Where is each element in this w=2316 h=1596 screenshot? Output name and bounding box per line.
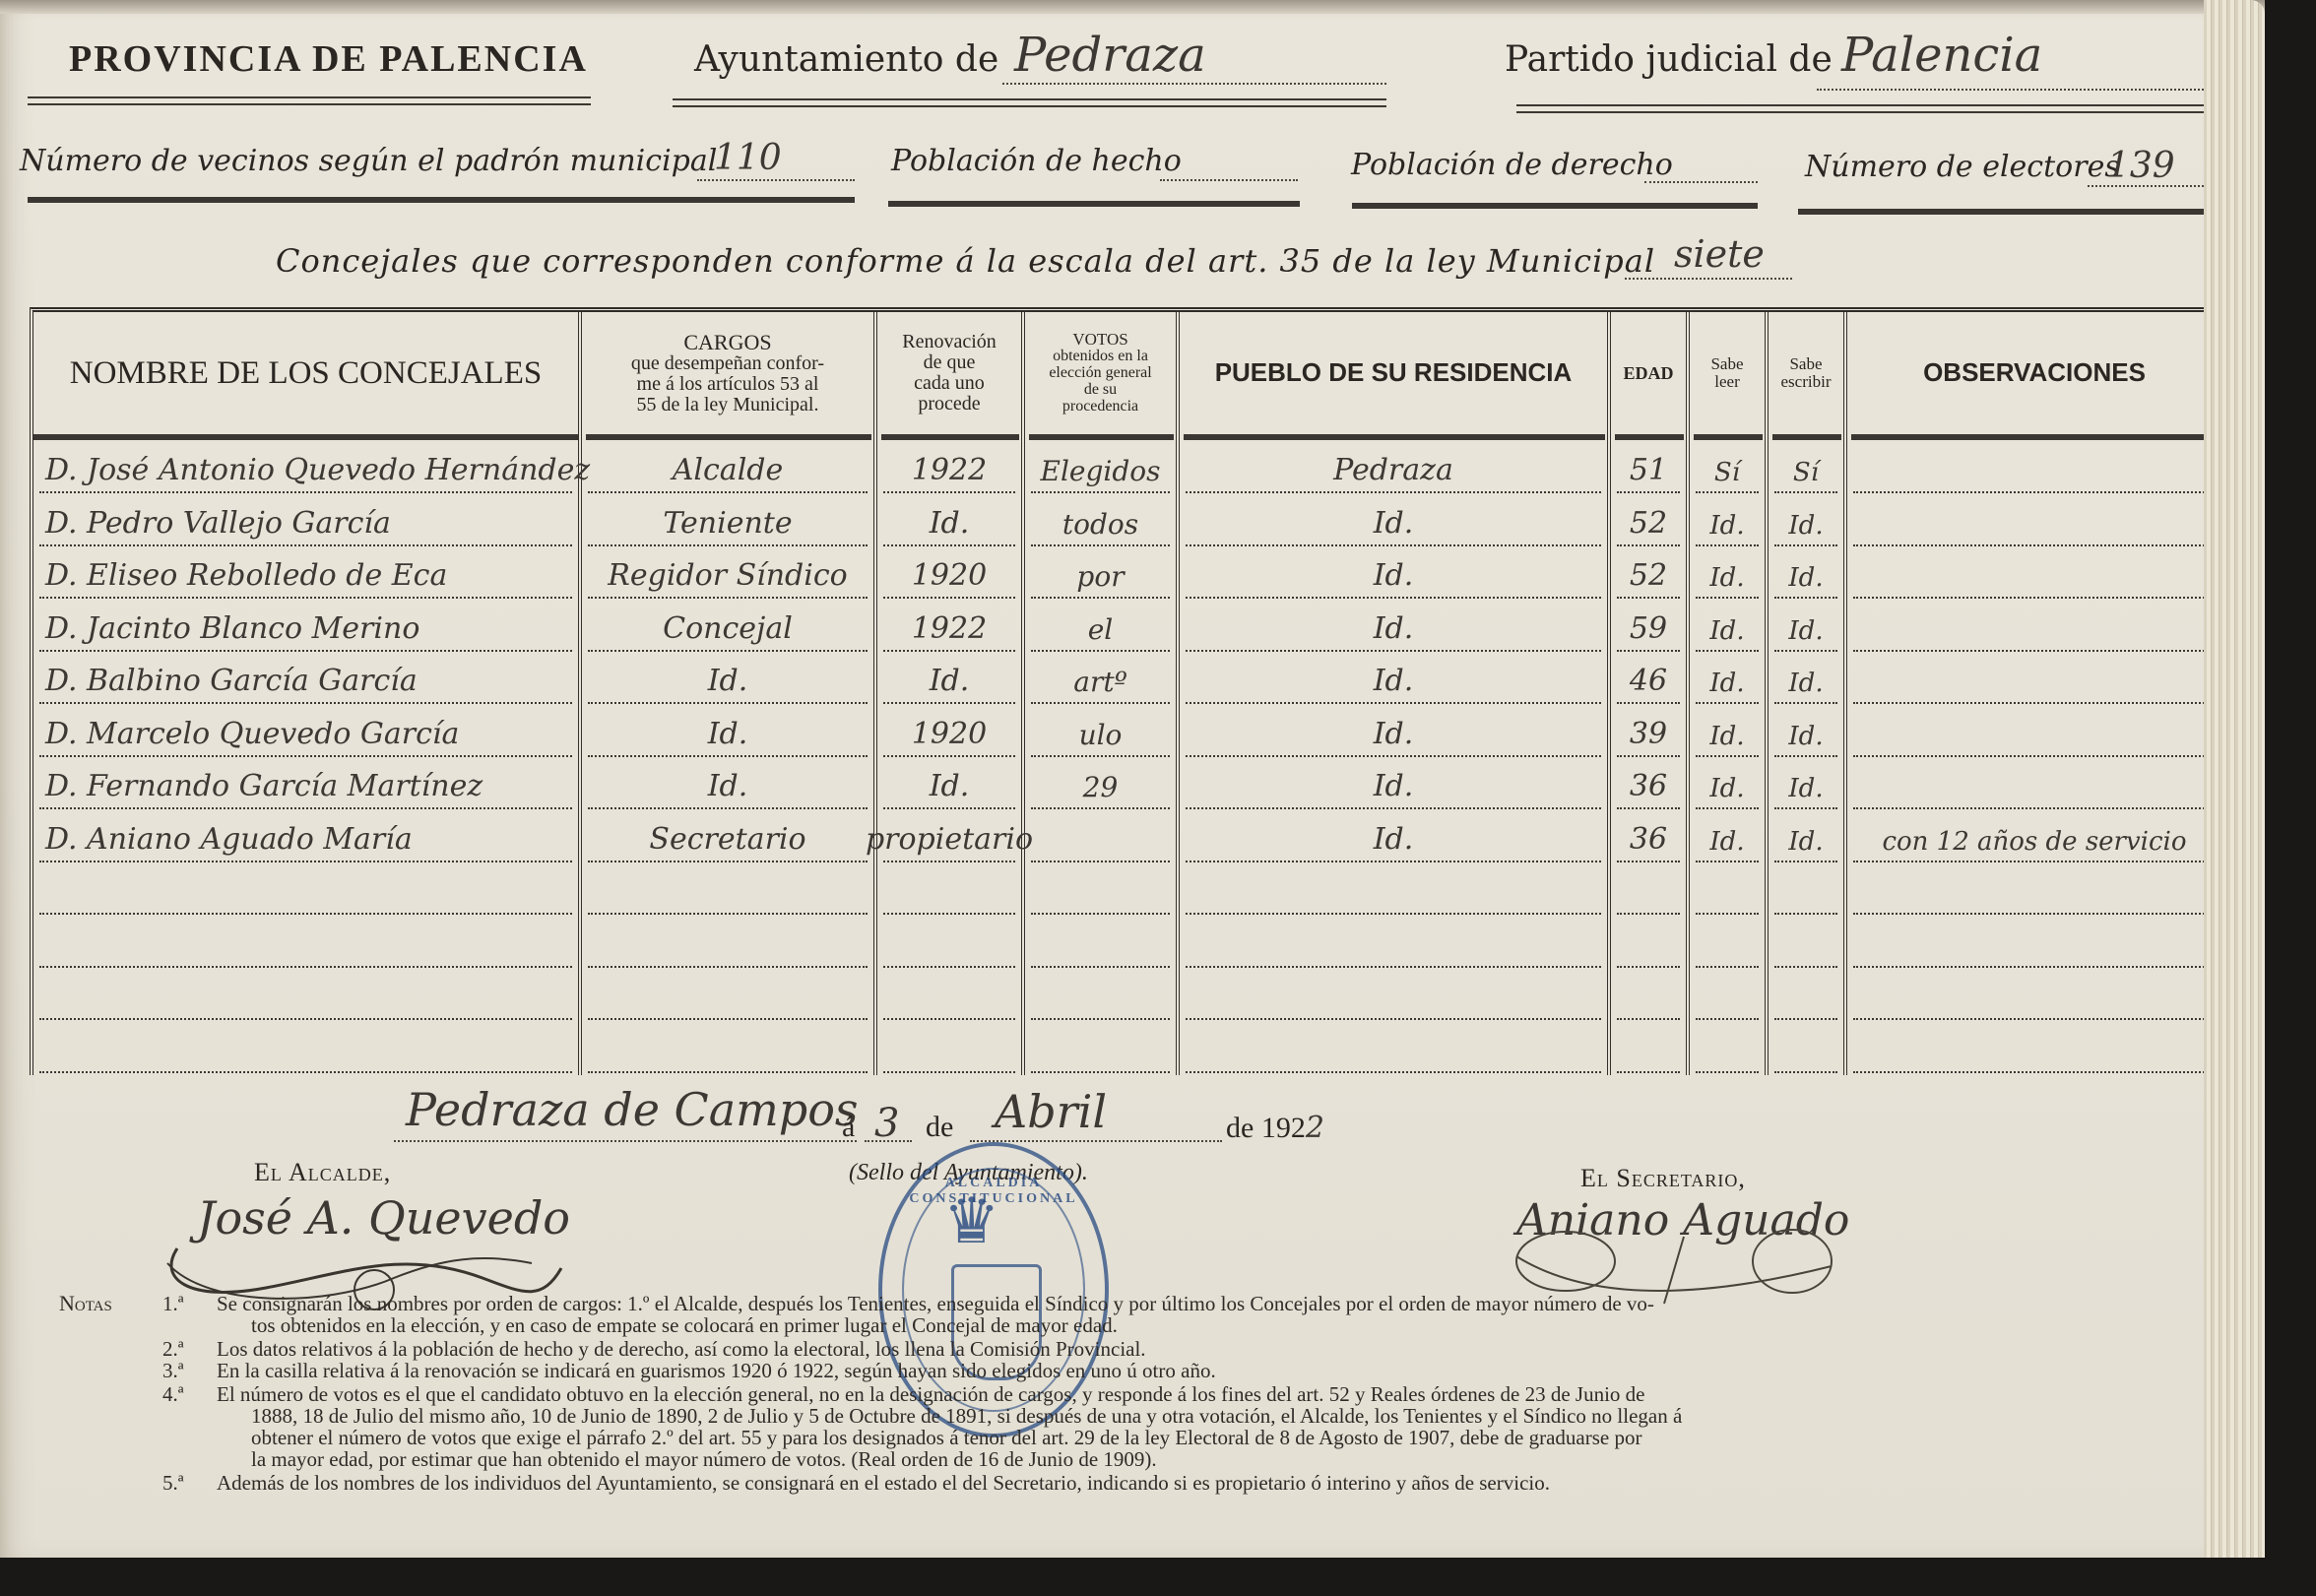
cell-nombre[interactable]: D. Jacinto Blanco Merino <box>33 599 578 652</box>
note-text: En la casilla relativa á la renovación s… <box>217 1359 1216 1382</box>
vecinos-label: Número de vecinos según el padrón munici… <box>20 144 717 178</box>
poblacion-derecho-label: Población de derecho <box>1351 148 1673 182</box>
header-renovacion: Renovación de que cada uno procede <box>877 312 1021 434</box>
cell-cargo[interactable] <box>582 915 873 968</box>
cell-cargo[interactable] <box>582 967 873 1020</box>
note-text: Se consignarán los nombres por orden de … <box>217 1292 1654 1315</box>
cell-votos[interactable] <box>1025 915 1176 968</box>
cell-renovacion[interactable]: 1920 <box>877 545 1021 599</box>
cell-nombre[interactable]: D. Eliseo Rebolledo de Eca <box>33 545 578 599</box>
date-a: á <box>842 1111 855 1144</box>
header-sabe-escribir: Sabe escribir <box>1769 312 1843 434</box>
cell-nombre[interactable] <box>33 967 578 1020</box>
cell-escribir[interactable]: Sí <box>1769 440 1843 493</box>
table-row: D. Eliseo Rebolledo de EcaRegidor Síndic… <box>33 545 2225 599</box>
cell-cargo[interactable]: Id. <box>582 704 873 757</box>
cell-renovacion[interactable]: Id. <box>877 493 1021 546</box>
row-dotted-rule <box>1696 1071 1759 1073</box>
table-row: D. Jacinto Blanco MerinoConcejal1922elId… <box>33 599 2225 652</box>
concejales-label: Concejales que corresponden conforme á l… <box>276 242 1655 280</box>
cell-renovacion[interactable] <box>877 862 1021 915</box>
cell-nombre[interactable]: D. José Antonio Quevedo Hernández <box>33 440 578 493</box>
cell-cargo[interactable]: Id. <box>582 756 873 809</box>
cell-leer[interactable]: Id. <box>1690 756 1765 809</box>
table-row: D. José Antonio Quevedo HernándezAlcalde… <box>33 440 2225 493</box>
cell-edad[interactable]: 36 <box>1611 756 1686 809</box>
cell-edad[interactable]: 52 <box>1611 493 1686 546</box>
cell-leer[interactable] <box>1690 1020 1765 1073</box>
cell-observaciones[interactable] <box>1847 493 2221 546</box>
header-cargos-sub: que desempeñan confor- me á los artículo… <box>631 353 824 415</box>
book-page-edges <box>2204 0 2265 1558</box>
row-dotted-rule <box>1853 1071 2216 1073</box>
cell-renovacion[interactable]: 1922 <box>877 440 1021 493</box>
cell-observaciones[interactable] <box>1847 756 2221 809</box>
cell-pueblo[interactable]: Id. <box>1180 599 1607 652</box>
cell-observaciones[interactable] <box>1847 862 2221 915</box>
partido-value[interactable]: Palencia <box>1841 28 2042 83</box>
header-pueblo: PUEBLO DE SU RESIDENCIA <box>1180 312 1607 434</box>
table-row <box>33 967 2225 1020</box>
table-row <box>33 915 2225 968</box>
note-text: Además de los nombres de los individuos … <box>217 1471 1550 1495</box>
cell-observaciones[interactable] <box>1847 1020 2221 1073</box>
note-text: tos obtenidos en la elección, y en caso … <box>251 1313 1118 1337</box>
header-edad: EDAD <box>1611 312 1686 434</box>
cell-edad[interactable] <box>1611 862 1686 915</box>
note-number: 3.ª <box>162 1359 184 1382</box>
cell-escribir[interactable]: Id. <box>1769 545 1843 599</box>
date-de2: de 1922 <box>1226 1111 1324 1145</box>
note-text: El número de votos es el que el candidat… <box>217 1382 1645 1406</box>
cell-votos[interactable] <box>1025 1020 1176 1073</box>
cell-edad[interactable] <box>1611 915 1686 968</box>
cell-cargo[interactable]: Regidor Síndico <box>582 545 873 599</box>
cell-votos[interactable] <box>1025 862 1176 915</box>
cell-votos[interactable] <box>1025 967 1176 1020</box>
cell-escribir[interactable]: Id. <box>1769 704 1843 757</box>
cell-pueblo[interactable]: Id. <box>1180 704 1607 757</box>
cell-escribir[interactable]: Id. <box>1769 756 1843 809</box>
cell-nombre[interactable]: D. Fernando García Martínez <box>33 756 578 809</box>
electores-value[interactable]: 139 <box>2107 146 2175 186</box>
cell-pueblo[interactable] <box>1180 1020 1607 1073</box>
cell-escribir[interactable]: Id. <box>1769 809 1843 862</box>
cell-cargo[interactable]: Alcalde <box>582 440 873 493</box>
header-cargos: CARGOS que desempeñan confor- me á los a… <box>582 312 873 434</box>
alcalde-label: El Alcalde, <box>254 1158 391 1187</box>
cell-leer[interactable]: Id. <box>1690 651 1765 704</box>
header-votos-title: VOTOS <box>1072 331 1127 349</box>
cell-pueblo[interactable]: Pedraza <box>1180 440 1607 493</box>
vecinos-dotline <box>697 179 855 181</box>
divider <box>28 96 591 105</box>
cell-pueblo[interactable]: Id. <box>1180 545 1607 599</box>
table-row: D. Balbino García GarcíaId.Id.artºId.46I… <box>33 651 2225 704</box>
concejales-value[interactable]: siete <box>1674 232 1765 276</box>
cell-edad[interactable]: 52 <box>1611 545 1686 599</box>
form-page: PROVINCIA DE PALENCIA Ayuntamiento de Pe… <box>0 0 2265 1558</box>
row-dotted-rule <box>1774 1071 1837 1073</box>
cell-nombre[interactable] <box>33 915 578 968</box>
row-dotted-rule <box>1031 1071 1170 1073</box>
note-text: Los datos relativos á la población de he… <box>217 1337 1146 1361</box>
note-text: 1888, 18 de Julio del mismo año, 10 de J… <box>251 1404 1682 1428</box>
row-dotted-rule <box>1186 1071 1601 1073</box>
cell-escribir[interactable] <box>1769 915 1843 968</box>
cell-votos[interactable]: ulo <box>1025 704 1176 757</box>
row-dotted-rule <box>883 1071 1015 1073</box>
header-cargos-title: CARGOS <box>683 331 771 353</box>
cell-renovacion[interactable]: 1922 <box>877 599 1021 652</box>
cell-edad[interactable] <box>1611 1020 1686 1073</box>
divider <box>673 98 1386 107</box>
cell-pueblo[interactable] <box>1180 862 1607 915</box>
cell-escribir[interactable]: Id. <box>1769 599 1843 652</box>
electores-label: Número de electores <box>1805 150 2120 184</box>
cell-pueblo[interactable]: Id. <box>1180 651 1607 704</box>
date-month[interactable]: Abril <box>995 1085 1107 1138</box>
note-number: 4.ª <box>162 1382 184 1406</box>
cell-cargo[interactable]: Id. <box>582 651 873 704</box>
cell-cargo[interactable] <box>582 1020 873 1073</box>
cell-observaciones[interactable] <box>1847 599 2221 652</box>
provincia-title: PROVINCIA DE PALENCIA <box>69 37 588 81</box>
cell-escribir[interactable] <box>1769 862 1843 915</box>
cell-leer[interactable] <box>1690 967 1765 1020</box>
cell-edad[interactable]: 46 <box>1611 651 1686 704</box>
crown-icon: ♛ <box>943 1185 999 1258</box>
cell-leer[interactable]: Id. <box>1690 599 1765 652</box>
cell-leer[interactable] <box>1690 862 1765 915</box>
cell-renovacion[interactable]: propietario <box>877 809 1021 862</box>
cell-pueblo[interactable]: Id. <box>1180 756 1607 809</box>
vecinos-value[interactable]: 110 <box>714 138 782 178</box>
cell-observaciones[interactable]: con 12 años de servicio <box>1847 809 2221 862</box>
concejales-table: NOMBRE DE LOS CONCEJALES CARGOS que dese… <box>30 307 2229 1075</box>
table-row: D. Pedro Vallejo GarcíaTenienteId.todosI… <box>33 493 2225 546</box>
partido-dotline <box>1817 89 2211 91</box>
header-votos-sub: obtenidos en la elección general de su p… <box>1049 349 1151 415</box>
cell-cargo[interactable]: Teniente <box>582 493 873 546</box>
cell-escribir[interactable] <box>1769 967 1843 1020</box>
cell-escribir[interactable] <box>1769 1020 1843 1073</box>
row-dotted-rule <box>588 1071 868 1073</box>
ayuntamiento-value[interactable]: Pedraza <box>1014 28 1206 83</box>
cell-nombre[interactable]: D. Aniano Aguado María <box>33 809 578 862</box>
header-nombre: NOMBRE DE LOS CONCEJALES <box>33 312 578 434</box>
cell-leer[interactable]: Sí <box>1690 440 1765 493</box>
cell-observaciones[interactable] <box>1847 545 2221 599</box>
cell-observaciones[interactable] <box>1847 915 2221 968</box>
divider <box>28 197 855 203</box>
note-number: 5.ª <box>162 1471 184 1495</box>
cell-edad[interactable]: 39 <box>1611 704 1686 757</box>
cell-votos[interactable]: 29 <box>1025 756 1176 809</box>
cell-leer[interactable]: Id. <box>1690 809 1765 862</box>
ayuntamiento-label: Ayuntamiento de <box>694 39 998 80</box>
cell-renovacion[interactable] <box>877 915 1021 968</box>
partido-label: Partido judicial de <box>1505 39 1833 80</box>
cell-votos[interactable] <box>1025 809 1176 862</box>
divider <box>888 201 1300 207</box>
cell-nombre[interactable]: D. Pedro Vallejo García <box>33 493 578 546</box>
date-place[interactable]: Pedraza de Campos <box>406 1083 859 1136</box>
cell-leer[interactable]: Id. <box>1690 704 1765 757</box>
cell-renovacion[interactable]: Id. <box>877 756 1021 809</box>
cell-nombre[interactable] <box>33 862 578 915</box>
cell-renovacion[interactable]: 1920 <box>877 704 1021 757</box>
divider <box>1798 209 2225 215</box>
header-votos: VOTOS obtenidos en la elección general d… <box>1025 312 1176 434</box>
cell-pueblo[interactable]: Id. <box>1180 809 1607 862</box>
cell-observaciones[interactable] <box>1847 440 2221 493</box>
cell-cargo[interactable]: Concejal <box>582 599 873 652</box>
cell-nombre[interactable] <box>33 1020 578 1073</box>
cell-leer[interactable] <box>1690 915 1765 968</box>
cell-votos[interactable]: por <box>1025 545 1176 599</box>
cell-votos[interactable]: el <box>1025 599 1176 652</box>
header-sabe-leer: Sabe leer <box>1690 312 1765 434</box>
cell-observaciones[interactable] <box>1847 704 2221 757</box>
cell-pueblo[interactable]: Id. <box>1180 493 1607 546</box>
concejales-dotline <box>1625 278 1792 280</box>
cell-cargo[interactable] <box>582 862 873 915</box>
date-year-prefix: 192 <box>1261 1112 1306 1144</box>
cell-cargo[interactable]: Secretario <box>582 809 873 862</box>
cell-nombre[interactable]: D. Marcelo Quevedo García <box>33 704 578 757</box>
poblacion-hecho-label: Población de hecho <box>891 144 1182 178</box>
cell-edad[interactable]: 59 <box>1611 599 1686 652</box>
cell-leer[interactable]: Id. <box>1690 493 1765 546</box>
table-row <box>33 1020 2225 1073</box>
note-text: obtener el número de votos que exige el … <box>251 1426 1641 1449</box>
date-year-suffix[interactable]: 2 <box>1306 1111 1324 1145</box>
row-dotted-rule <box>39 1071 572 1073</box>
page-top-shadow <box>0 0 2265 14</box>
cell-votos[interactable]: artº <box>1025 651 1176 704</box>
poblacion-derecho-dotline <box>1644 181 1758 183</box>
divider <box>1516 104 2225 113</box>
table-row <box>33 862 2225 915</box>
cell-pueblo[interactable] <box>1180 967 1607 1020</box>
cell-nombre[interactable]: D. Balbino García García <box>33 651 578 704</box>
cell-edad[interactable] <box>1611 967 1686 1020</box>
secretario-label: El Secretario, <box>1580 1164 1746 1193</box>
header-observaciones: OBSERVACIONES <box>1847 312 2221 434</box>
cell-escribir[interactable]: Id. <box>1769 493 1843 546</box>
cell-observaciones[interactable] <box>1847 651 2221 704</box>
cell-leer[interactable]: Id. <box>1690 545 1765 599</box>
cell-edad[interactable]: 36 <box>1611 809 1686 862</box>
table-row: D. Fernando García MartínezId.Id.29Id.36… <box>33 756 2225 809</box>
notes-label: Notas <box>59 1292 112 1315</box>
cell-votos[interactable]: Elegidos <box>1025 440 1176 493</box>
table-row: D. Marcelo Quevedo GarcíaId.1920uloId.39… <box>33 704 2225 757</box>
cell-renovacion[interactable] <box>877 967 1021 1020</box>
poblacion-hecho-dotline <box>1160 179 1298 181</box>
cell-escribir[interactable]: Id. <box>1769 651 1843 704</box>
date-day[interactable]: 3 <box>874 1101 899 1146</box>
note-text: la mayor edad, por estimar que han obten… <box>251 1447 1157 1471</box>
cell-observaciones[interactable] <box>1847 967 2221 1020</box>
note-number: 1.ª <box>162 1292 184 1315</box>
row-dotted-rule <box>1617 1071 1680 1073</box>
cell-renovacion[interactable] <box>877 1020 1021 1073</box>
cell-pueblo[interactable] <box>1180 915 1607 968</box>
cell-edad[interactable]: 51 <box>1611 440 1686 493</box>
ayuntamiento-dotline <box>1002 83 1386 85</box>
table-row: D. Aniano Aguado MaríaSecretariopropieta… <box>33 809 2225 862</box>
divider <box>1352 203 1758 209</box>
cell-votos[interactable]: todos <box>1025 493 1176 546</box>
note-number: 2.ª <box>162 1337 184 1361</box>
cell-renovacion[interactable]: Id. <box>877 651 1021 704</box>
date-de: de <box>926 1111 953 1144</box>
table-body: D. José Antonio Quevedo HernándezAlcalde… <box>33 440 2225 1075</box>
